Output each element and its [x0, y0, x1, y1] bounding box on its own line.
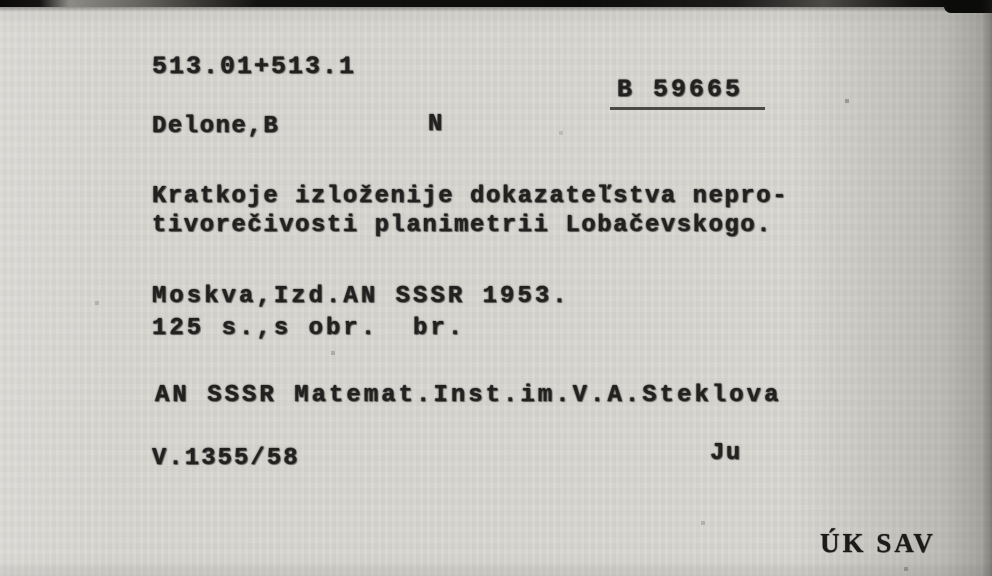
- accession-number: V.1355/58: [152, 445, 300, 472]
- paper-specks: [0, 0, 2, 2]
- imprint-line: Moskva,Izd.AN SSSR 1953.: [152, 283, 570, 310]
- scan-right-shadow: [982, 0, 992, 576]
- letter-mark: N: [428, 111, 444, 138]
- udc-number: 513.01+513.1: [152, 52, 356, 81]
- scan-top-edge: [0, 0, 992, 7]
- catalog-card-scan: 513.01+513.1 B 59665 Delone,B N Kratkoje…: [0, 0, 992, 576]
- series-statement: AN SSSR Matemat.Inst.im.V.A.Steklova: [155, 382, 781, 409]
- title-line-2: tivorečivosti planimetrii Lobačevskogo.: [152, 212, 772, 239]
- collation-line: 125 s.,s obr. br.: [152, 315, 465, 342]
- author-name: Delone,B: [152, 113, 279, 140]
- library-stamp: ÚK SAV: [820, 528, 936, 559]
- cataloguer-initials: Ju: [710, 440, 742, 467]
- scan-top-edge-shadow: [0, 7, 992, 12]
- title-line-1: Kratkoje izloženije dokazateľstva nepro-: [152, 183, 788, 210]
- shelf-mark: B 59665: [610, 75, 765, 110]
